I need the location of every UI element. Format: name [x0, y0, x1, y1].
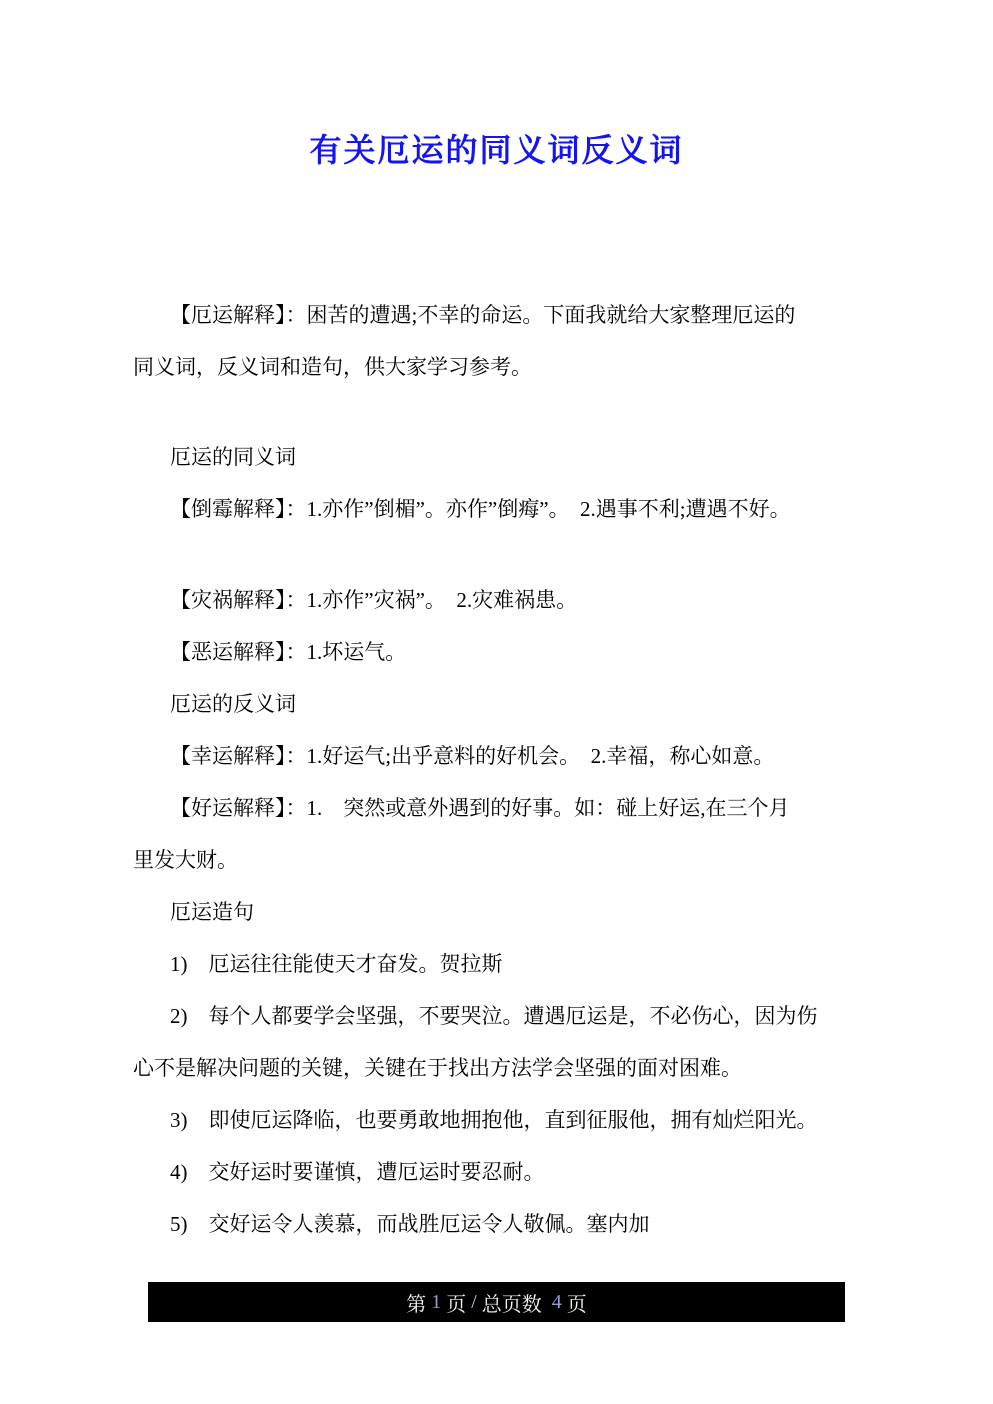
- section-heading: 厄运造句: [133, 886, 845, 938]
- section-heading: 厄运的同义词: [133, 431, 845, 483]
- list-item-line: 5) 交好运令人羡慕，而战胜厄运令人敬佩。塞内加: [133, 1198, 845, 1250]
- paragraph-line: 同义词，反义词和造句，供大家学习参考。: [133, 341, 845, 393]
- document-title: 有关厄运的同义词反义词: [0, 0, 993, 170]
- paragraph-line: 【厄运解释】：困苦的遭遇;不幸的命运。下面我就给大家整理厄运的: [133, 289, 845, 341]
- paragraph-line: 【恶运解释】：1.坏运气。: [133, 626, 845, 678]
- list-item-line: 3) 即使厄运降临，也要勇敢地拥抱他，直到征服他，拥有灿烂阳光。: [133, 1094, 845, 1146]
- footer-total-pages-number: 4: [552, 1291, 562, 1314]
- footer-page-label: 页: [441, 1288, 471, 1317]
- list-item-line: 2) 每个人都要学会坚强，不要哭泣。遭遇厄运是，不必伤心，因为伤: [133, 990, 845, 1042]
- paragraph-line: 【好运解释】：1. 突然或意外遇到的好事。如：碰上好运,在三个月: [133, 782, 845, 834]
- list-item-line: 4) 交好运时要谨慎，遭厄运时要忍耐。: [133, 1146, 845, 1198]
- paragraph-line: 【幸运解释】：1.好运气;出乎意料的好机会。 2.幸福，称心如意。: [133, 730, 845, 782]
- paragraph-line: 里发大财。: [133, 834, 845, 886]
- footer-total-label: 总页数: [477, 1288, 552, 1317]
- list-item-line: 1) 厄运往往能使天才奋发。贺拉斯: [133, 938, 845, 990]
- footer-current-page-number: 1: [431, 1291, 441, 1314]
- footer-page-prefix-label: 第: [406, 1288, 431, 1317]
- section-heading: 厄运的反义词: [133, 678, 845, 730]
- footer-page-label-2: 页: [562, 1288, 587, 1317]
- paragraph-line: 【灾祸解释】：1.亦作”灾祸”。 2.灾难祸患。: [133, 574, 845, 626]
- paragraph-line: 【倒霉解释】：1.亦作”倒楣”。亦作”倒痗”。 2.遇事不利;遭遇不好。: [133, 483, 845, 535]
- document-content: 【厄运解释】：困苦的遭遇;不幸的命运。下面我就给大家整理厄运的 同义词，反义词和…: [0, 170, 993, 1250]
- document-page: 有关厄运的同义词反义词 【厄运解释】：困苦的遭遇;不幸的命运。下面我就给大家整理…: [0, 0, 993, 1404]
- list-item-line: 心不是解决问题的关键，关键在于找出方法学会坚强的面对困难。: [133, 1042, 845, 1094]
- page-footer-bar: 第 1 页 / 总页数 4 页: [148, 1282, 845, 1322]
